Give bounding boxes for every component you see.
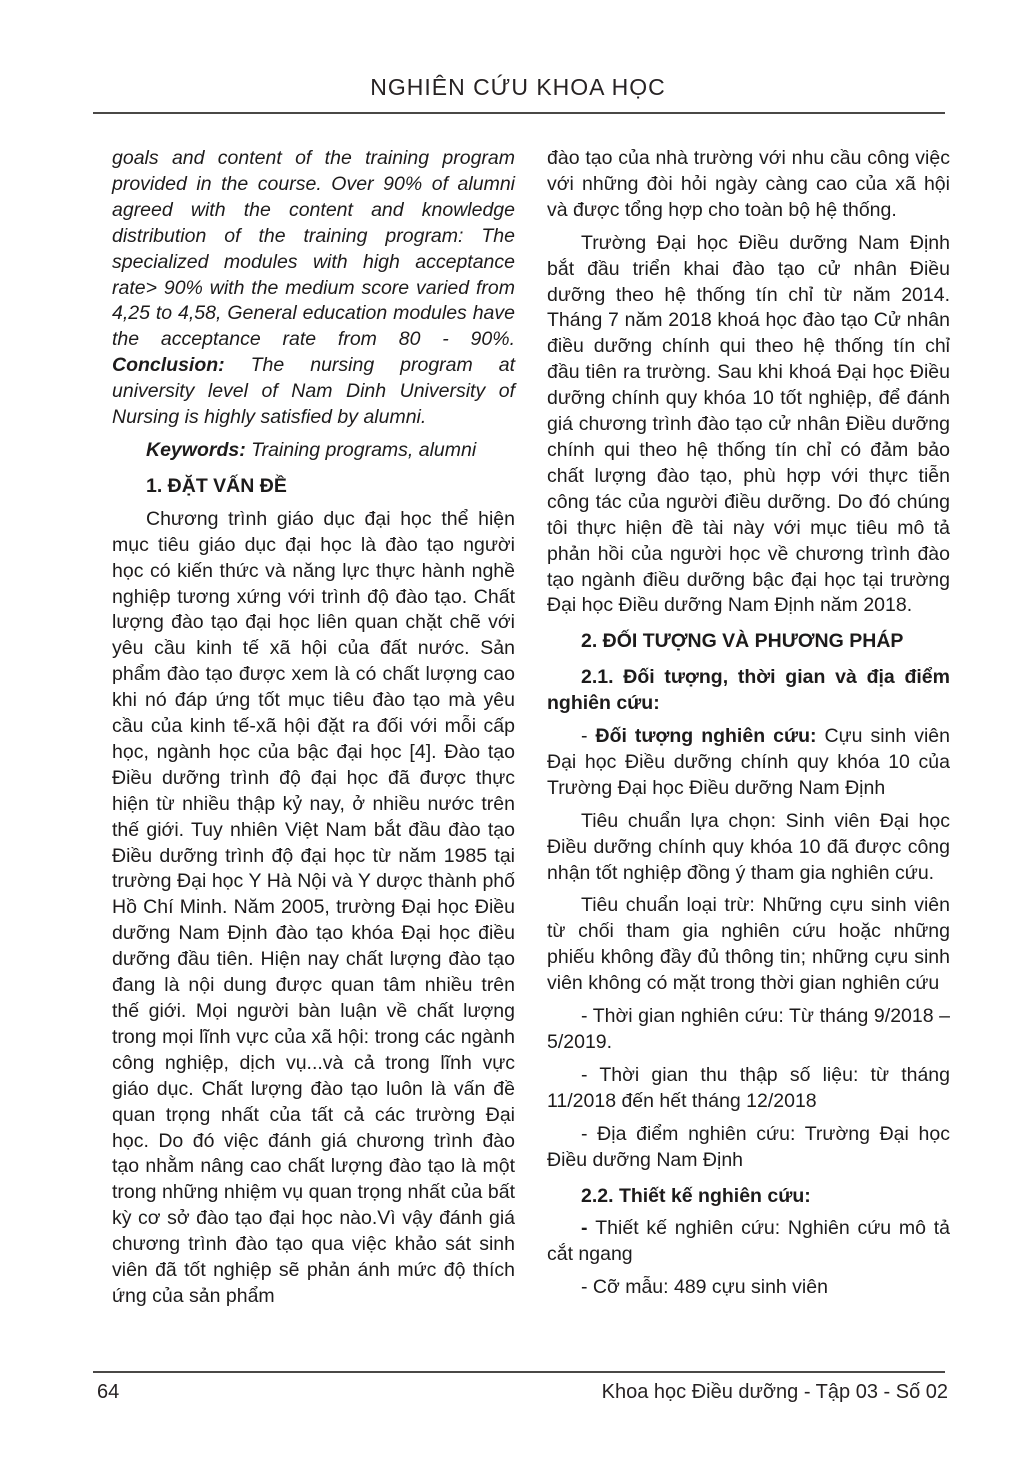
keywords-label: Keywords: — [146, 439, 246, 461]
doi-tuong-paragraph: - Đối tượng nghiên cứu: Cựu sinh viên Đạ… — [547, 724, 950, 802]
doi-tuong-label: Đối tượng nghiên cứu: — [596, 725, 817, 747]
abstract-conclusion-label: Conclusion: — [112, 354, 225, 376]
section-1-paragraph: Chương trình giáo dục đại học thể hiện m… — [112, 507, 515, 1310]
truong-paragraph: Trường Đại học Điều dưỡng Nam Định bắt đ… — [547, 231, 950, 620]
footer-divider — [93, 1371, 945, 1373]
section-1-heading: 1. ĐẶT VẤN ĐỀ — [112, 474, 515, 500]
co-mau-paragraph: - Cỡ mẫu: 489 cựu sinh viên — [547, 1275, 950, 1301]
tieu-chuan-loai-tru-paragraph: Tiêu chuẩn loại trừ: Những cựu sinh viên… — [547, 893, 950, 997]
keywords-paragraph: Keywords: Training programs, alumni — [112, 438, 515, 464]
thiet-ke-text: Thiết kế nghiên cứu: Nghiên cứu mô tả cắ… — [547, 1217, 950, 1265]
continuation-paragraph: đào tạo của nhà trường với nhu cầu công … — [547, 146, 950, 224]
two-column-body: goals and content of the training progra… — [112, 146, 950, 1317]
dia-diem-paragraph: - Địa điểm nghiên cứu: Trường Đại học Đi… — [547, 1122, 950, 1174]
tieu-chuan-lua-chon-paragraph: Tiêu chuẩn lựa chọn: Sinh viên Đại học Đ… — [547, 809, 950, 887]
header-divider — [93, 112, 945, 114]
journal-page: NGHIÊN CỨU KHOA HỌC goals and content of… — [0, 0, 1036, 1477]
thoi-gian-nghien-cuu-paragraph: - Thời gian nghiên cứu: Từ tháng 9/2018 … — [547, 1004, 950, 1056]
keywords-text: Training programs, alumni — [246, 439, 476, 461]
footer-journal-title: Khoa học Điều dưỡng - Tập 03 - Số 02 — [602, 1381, 948, 1404]
footer-page-number: 64 — [97, 1381, 119, 1404]
section-2-2-heading: 2.2. Thiết kế nghiên cứu: — [547, 1184, 950, 1210]
right-column: đào tạo của nhà trường với nhu cầu công … — [547, 146, 950, 1317]
section-2-heading: 2. ĐỐI TƯỢNG VÀ PHƯƠNG PHÁP — [547, 629, 950, 655]
left-column: goals and content of the training progra… — [112, 146, 515, 1317]
page-header-title: NGHIÊN CỨU KHOA HỌC — [0, 74, 1036, 101]
doi-tuong-dash: - — [581, 725, 596, 747]
abstract-paragraph: goals and content of the training progra… — [112, 146, 515, 431]
section-2-1-heading: 2.1. Đối tượng, thời gian và địa điểm ng… — [547, 665, 950, 717]
abstract-body-text: goals and content of the training progra… — [112, 147, 515, 350]
thiet-ke-dash: - — [581, 1217, 595, 1239]
thiet-ke-paragraph: - Thiết kế nghiên cứu: Nghiên cứu mô tả … — [547, 1216, 950, 1268]
thoi-gian-thu-thap-paragraph: - Thời gian thu thập số liệu: từ tháng 1… — [547, 1063, 950, 1115]
